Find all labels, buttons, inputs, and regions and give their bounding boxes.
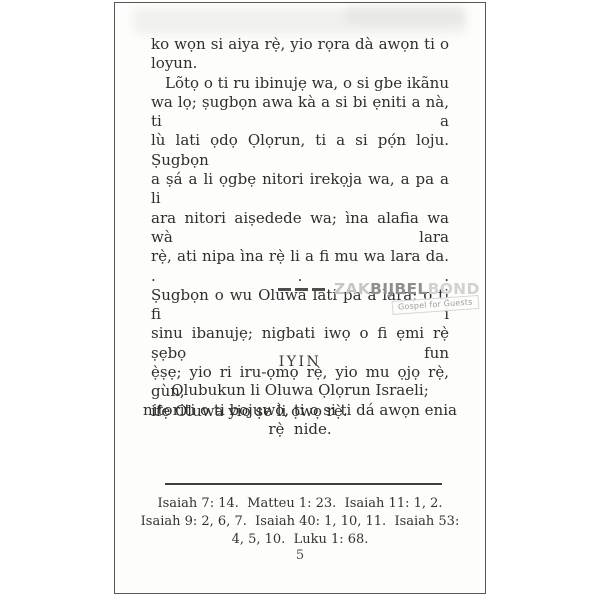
hymn-heading: IYIN xyxy=(151,354,449,370)
dash-mark xyxy=(278,288,327,291)
watermark-logo: ZAKBIJBELBOND xyxy=(334,280,480,298)
text-line: Lõtọ o ti ru ibinujẹ wa, o si gbe ikãnu xyxy=(151,74,449,93)
hymn-line: nitoriti o ti bojuwò, ti o si ti dá awọn… xyxy=(138,401,462,421)
text-line: wa lọ; ṣugbọn awa kà a si bi ẹniti a nà,… xyxy=(151,93,449,132)
book-page: ko wọn si aiya rẹ̀, yio rọra dà awọn ti … xyxy=(114,2,486,594)
text-line: ko wọn si aiya rẹ̀, yio rọra dà awọn ti … xyxy=(151,35,449,54)
text-line: lù lati ọdọ Ọlọrun, ti a si pọ́n loju. Ṣ… xyxy=(151,131,449,170)
watermark: ZAKBIJBELBOND Gospel for Guests xyxy=(115,280,485,324)
reference-line: 4, 5, 10. Luku 1: 68. xyxy=(136,531,464,549)
text-line: ara nitori aiṣedede wa; ìna alafia wa wà… xyxy=(151,209,449,248)
text-line: a ṣá a li ọgbẹ nitori irekọja wa, a pa a… xyxy=(151,170,449,209)
scripture-references: Isaiah 7: 14. Matteu 1: 23. Isaiah 11: 1… xyxy=(136,495,464,548)
footnote-rule xyxy=(165,483,442,485)
reference-line: Isaiah 9: 2, 6, 7. Isaiah 40: 1, 10, 11.… xyxy=(136,513,464,531)
hymn-line: rẹ̀ nide. xyxy=(138,420,462,440)
wm-zak: ZAK xyxy=(334,280,370,298)
reference-line: Isaiah 7: 14. Matteu 1: 23. Isaiah 11: 1… xyxy=(136,495,464,513)
hymn-text: Olubukun li Oluwa Ọlọrun Israeli;nitorit… xyxy=(138,381,462,440)
text-line: loyun. xyxy=(151,54,449,73)
scan-smudge xyxy=(345,6,465,24)
wm-bijbel: BIJBEL xyxy=(370,280,427,298)
page-number: 5 xyxy=(151,548,449,563)
hymn-line: Olubukun li Oluwa Ọlọrun Israeli; xyxy=(138,381,462,401)
scan-viewport: ko wọn si aiya rẹ̀, yio rọra dà awọn ti … xyxy=(0,0,600,600)
